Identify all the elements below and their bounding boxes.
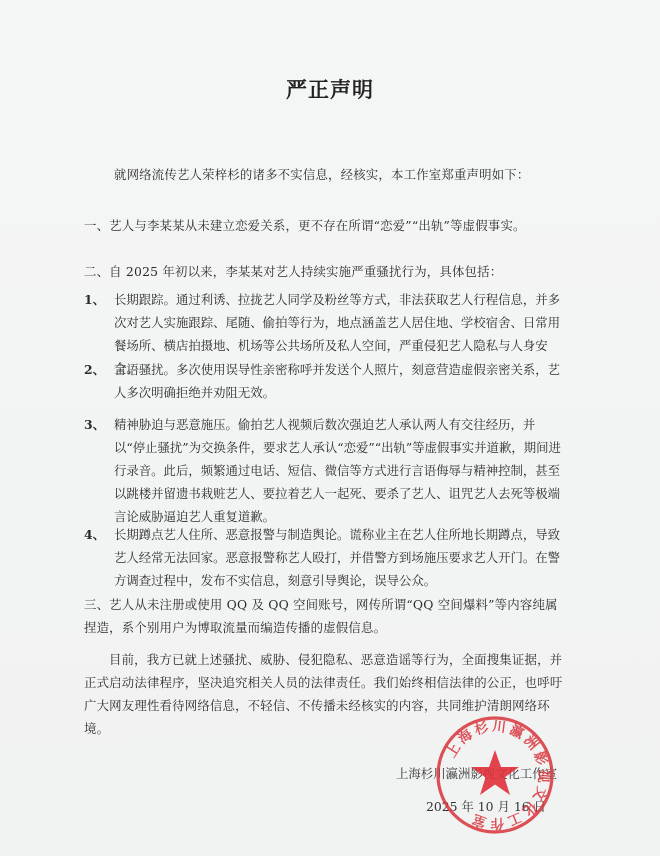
- item-number: 1、: [84, 288, 114, 311]
- item-text: 言语骚扰。多次使用误导性亲密称呼并发送个人照片，刻意营造虚假亲密关系，艺人多次明…: [114, 358, 564, 404]
- item-text: 精神胁迫与恶意施压。偷拍艺人视频后数次强迫艺人承认两人有交往经历，并以“停止骚扰…: [114, 413, 564, 528]
- document-page: 严正声明 就网络流传艺人荣梓杉的诸多不实信息，经核实，本工作室郑重声明如下： 一…: [0, 0, 660, 856]
- section-one: 一、艺人与李某某从未建立恋爱关系，更不存在所谓“恋爱”“出轨”等虚假事实。: [84, 214, 624, 237]
- signature: 上海杉川瀛洲影视文化工作室: [396, 764, 557, 782]
- item-number: 4、: [84, 523, 114, 546]
- intro-paragraph: 就网络流传艺人荣梓杉的诸多不实信息，经核实，本工作室郑重声明如下：: [114, 163, 634, 186]
- list-item: 3、 精神胁迫与恶意施压。偷拍艺人视频后数次强迫艺人承认两人有交往经历，并以“停…: [84, 413, 564, 528]
- list-item: 4、 长期蹲点艺人住所、恶意报警与制造舆论。谎称业主在艺人住所地长期蹲点，导致艺…: [84, 523, 564, 592]
- closing-paragraph: 目前，我方已就上述骚扰、威胁、侵犯隐私、恶意造谣等行为，全面搜集证据，并正式启动…: [84, 648, 564, 740]
- list-item: 2、 言语骚扰。多次使用误导性亲密称呼并发送个人照片，刻意营造虚假亲密关系，艺人…: [84, 358, 564, 404]
- signature-date: 2025 年 10 月 16 日: [426, 797, 546, 815]
- section-two: 二、自 2025 年初以来，李某某对艺人持续实施严重骚扰行为，具体包括：: [84, 260, 624, 283]
- item-number: 3、: [84, 413, 114, 436]
- item-text: 长期蹲点艺人住所、恶意报警与制造舆论。谎称业主在艺人住所地长期蹲点，导致艺人经常…: [114, 523, 564, 592]
- item-number: 2、: [84, 358, 114, 381]
- section-three: 三、艺人从未注册或使用 QQ 及 QQ 空间账号，网传所谓“QQ 空间爆料”等内…: [84, 593, 564, 639]
- document-title: 严正声明: [0, 74, 660, 104]
